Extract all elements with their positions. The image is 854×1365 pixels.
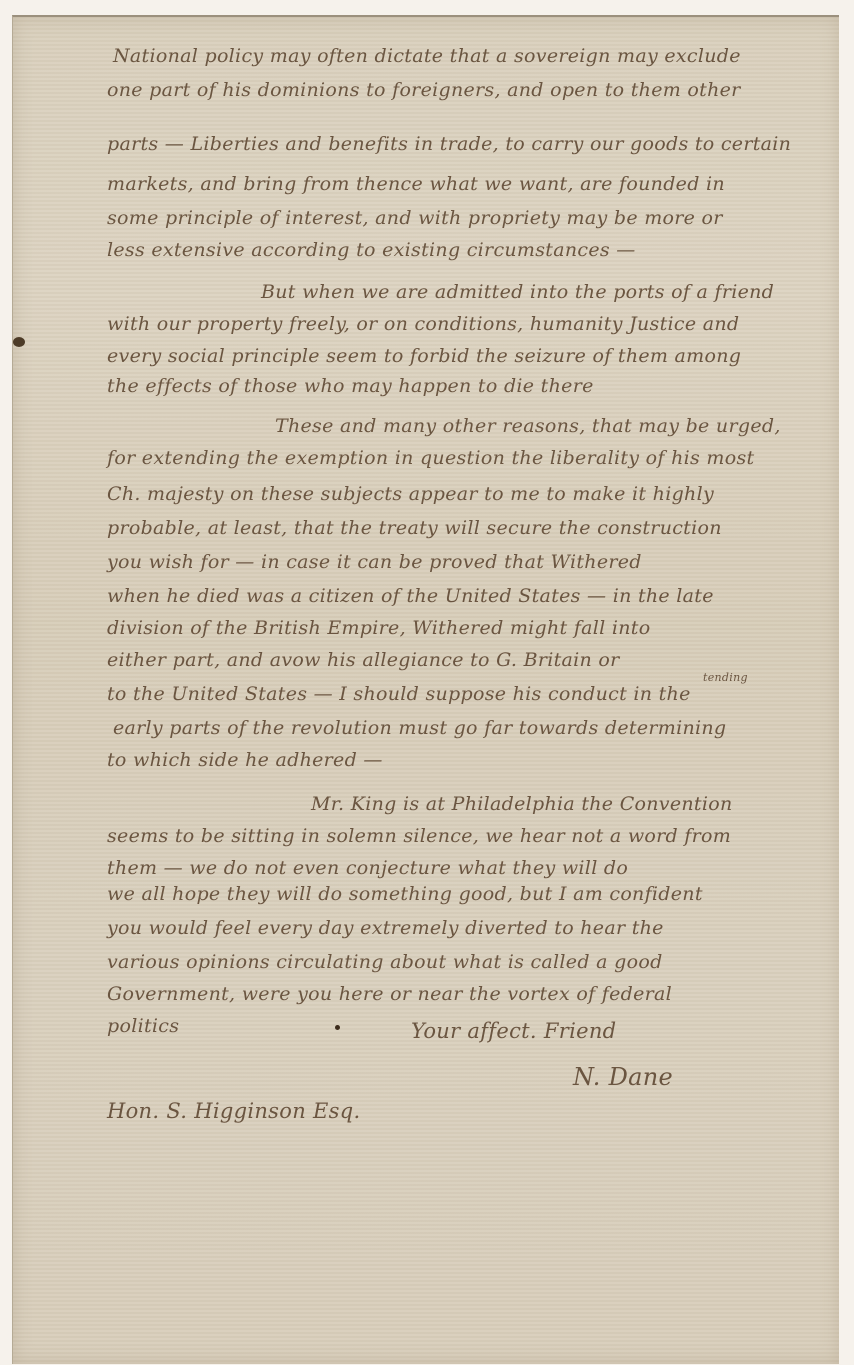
text-line: one part of his dominions to foreigners,… [107,79,741,101]
text-line: when he died was a citizen of the United… [107,585,714,607]
text-line: some principle of interest, and with pro… [107,207,723,229]
ink-spot [335,1025,340,1030]
text-line: politics [107,1015,179,1037]
text-line: Government, were you here or near the vo… [107,983,672,1005]
text-line: the effects of those who may happen to d… [107,375,594,397]
binding-hole [13,337,25,347]
text-line: Ch. majesty on these subjects appear to … [107,483,714,505]
text-line: you wish for — in case it can be proved … [107,551,642,573]
text-line: you would feel every day extremely diver… [107,917,664,939]
closing: Your affect. Friend [411,1019,616,1043]
text-line: for extending the exemption in question … [107,447,754,469]
text-line: we all hope they will do something good,… [107,883,703,905]
interlinear-note: tending [703,671,748,684]
text-line: early parts of the revolution must go fa… [113,717,726,739]
manuscript-page: National policy may often dictate that a… [12,15,839,1364]
signature: N. Dane [573,1063,673,1091]
text-line: markets, and bring from thence what we w… [107,173,725,195]
addressee: Hon. S. Higginson Esq. [107,1099,360,1123]
text-line: seems to be sitting in solemn silence, w… [107,825,731,847]
text-line: to which side he adhered — [107,749,383,771]
text-line: every social principle seem to forbid th… [107,345,741,367]
text-line: them — we do not even conjecture what th… [107,857,628,879]
text-line: parts — Liberties and benefits in trade,… [107,133,791,155]
text-line: probable, at least, that the treaty will… [107,517,722,539]
text-line: various opinions circulating about what … [107,951,663,973]
text-line: to the United States — I should suppose … [107,683,691,705]
text-line: Mr. King is at Philadelphia the Conventi… [311,793,733,815]
text-line: National policy may often dictate that a… [113,45,741,67]
text-line: These and many other reasons, that may b… [275,415,781,437]
text-line: either part, and avow his allegiance to … [107,649,620,671]
text-line: division of the British Empire, Withered… [107,617,650,639]
text-line: with our property freely, or on conditio… [107,313,739,335]
text-line: But when we are admitted into the ports … [261,281,774,303]
text-line: less extensive according to existing cir… [107,239,636,261]
